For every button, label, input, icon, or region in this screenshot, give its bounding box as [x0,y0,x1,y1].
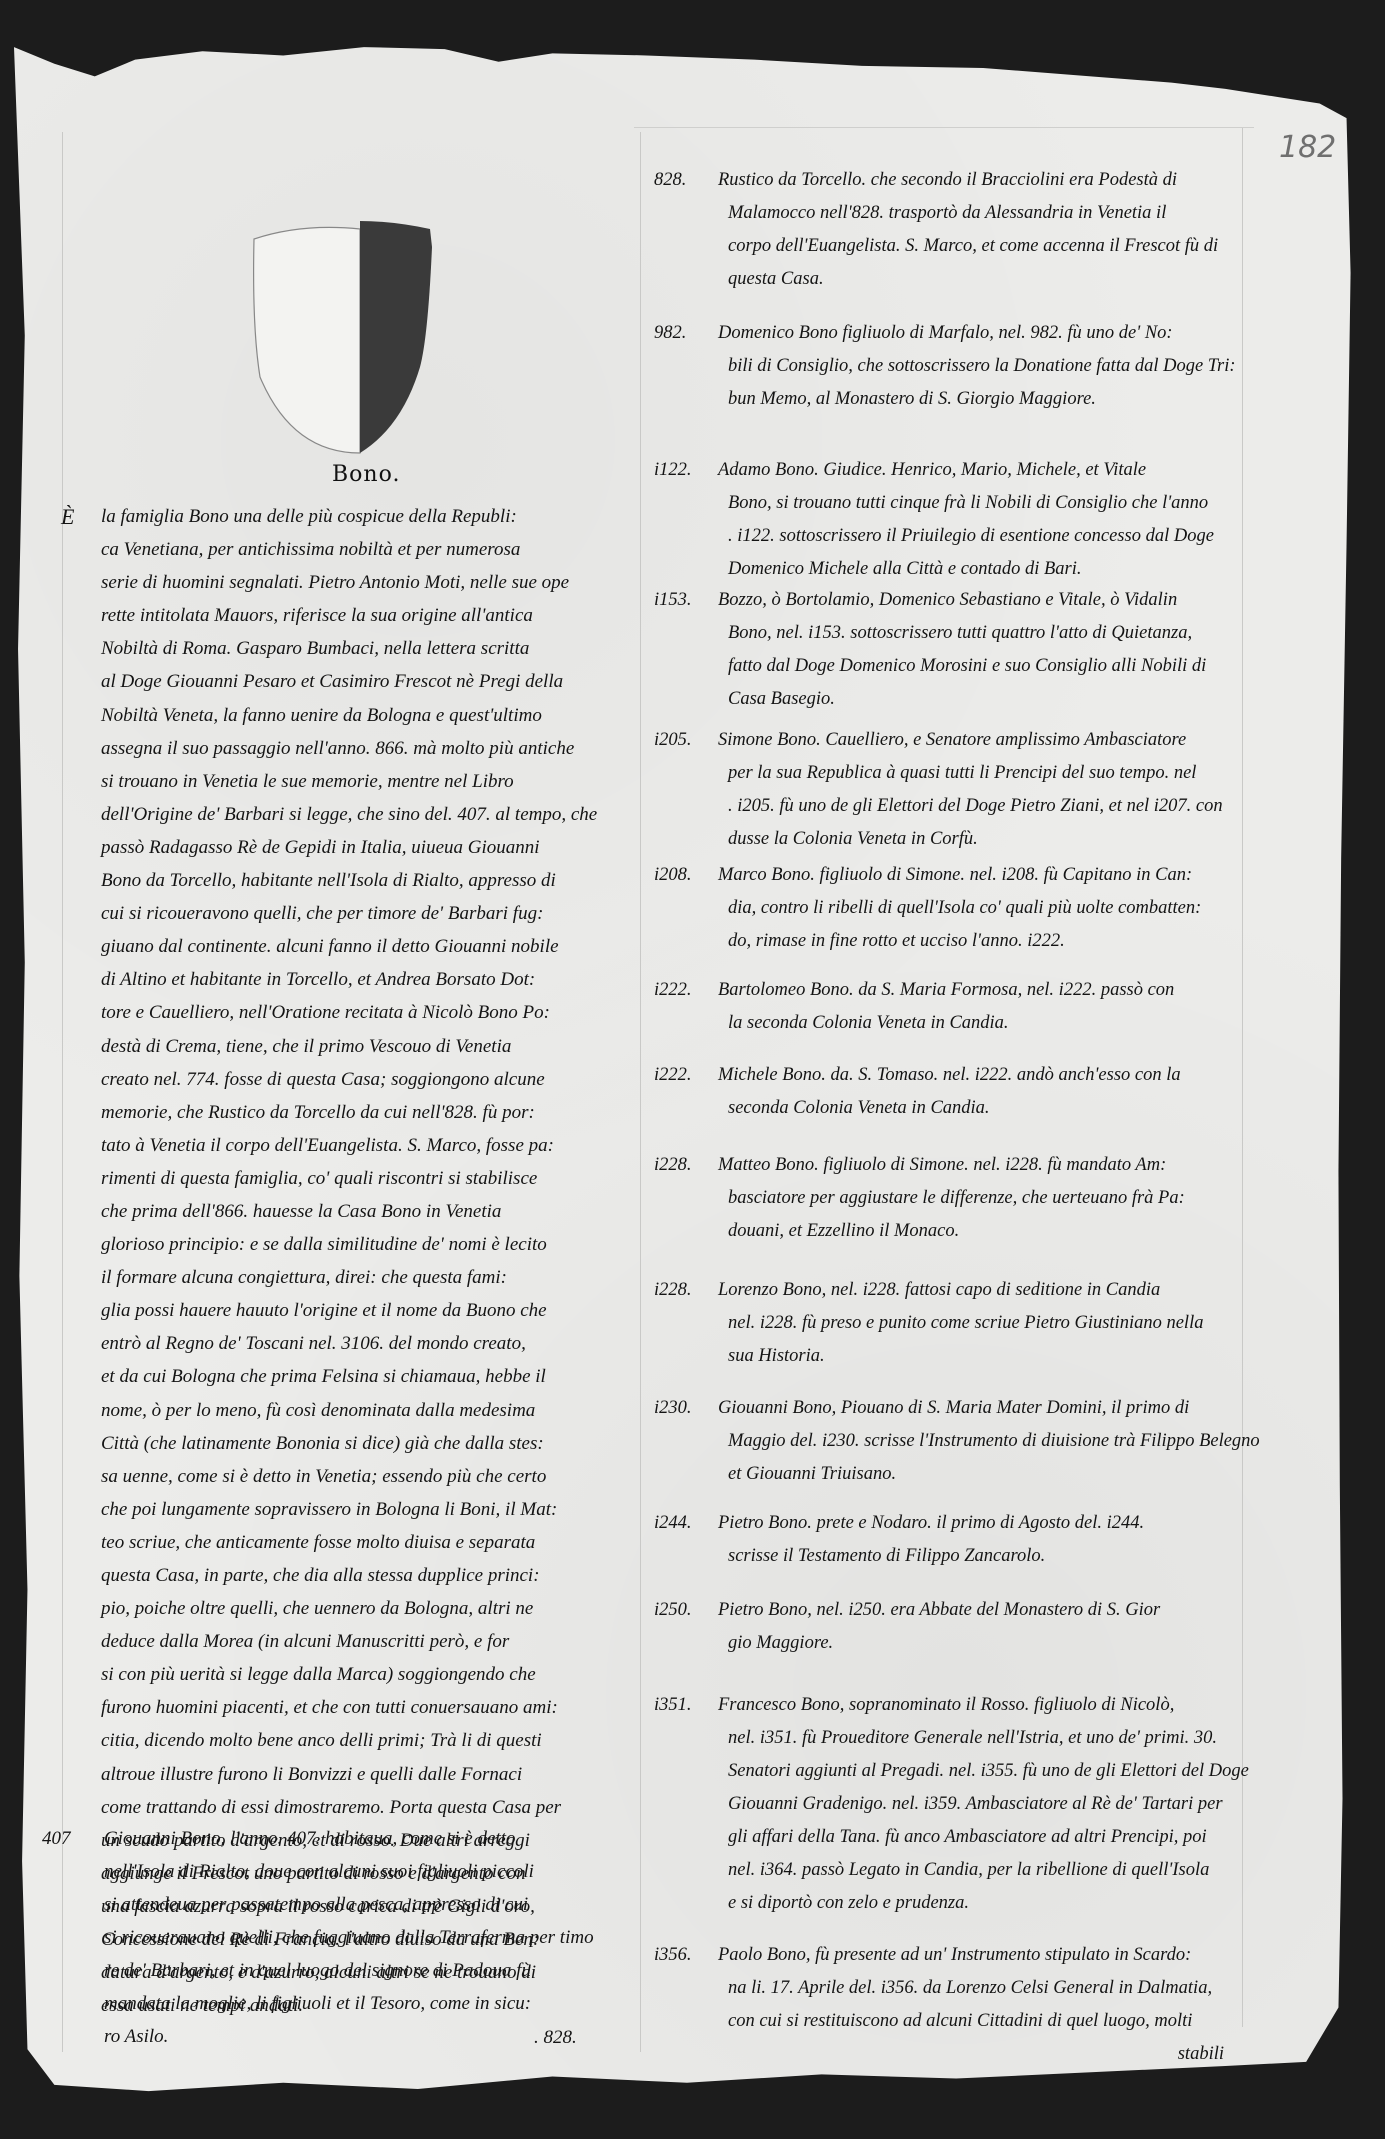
manuscript-line: bun Memo, al Monastero di S. Giorgio Mag… [654,383,1344,416]
manuscript-line: et Giouanni Triuisano. [654,1458,1344,1491]
manuscript-line: Simone Bono. Cauelliero, e Senatore ampl… [654,724,1344,757]
manuscript-line: questa Casa, in parte, che dia alla stes… [69,1559,629,1592]
manuscript-line: douani, et Ezzellino il Monaco. [654,1215,1344,1248]
folio-number: 182 [1279,130,1336,165]
family-name-heading: Bono. [332,462,400,487]
manuscript-line: glia possi hauere hauuto l'origine et il… [69,1294,629,1327]
entry-year: i230. [654,1392,714,1425]
family-member-entry: i208.Marco Bono. figliuolo di Simone. ne… [654,859,1344,958]
family-member-entry: i205.Simone Bono. Cauelliero, e Senatore… [654,724,1344,856]
manuscript-page: PTh 182 Bono. È la famiglia Bono una del… [14,22,1360,2112]
entry-year: 407 [42,1822,71,1855]
manuscript-line: nel. i364. passò Legato in Candia, per l… [654,1854,1344,1887]
manuscript-line: Paolo Bono, fù presente ad un' Instrumen… [654,1939,1344,1972]
manuscript-line: sa uenne, come si è detto in Venetia; es… [69,1460,629,1493]
family-member-entry: i153.Bozzo, ò Bortolamio, Domenico Sebas… [654,584,1344,716]
column-divider-rule [640,132,641,2052]
manuscript-line: con cui si restituiscono ad alcuni Citta… [654,2005,1344,2038]
manuscript-line: si attendeua per passatempo alla pesca, … [42,1888,642,1921]
family-member-entry: 982.Domenico Bono figliuolo di Marfalo, … [654,317,1344,416]
manuscript-line: rette intitolata Mauors, riferisce la su… [69,599,629,632]
manuscript-line: giuano dal continente. alcuni fanno il d… [69,930,629,963]
entry-year: i208. [654,859,714,892]
manuscript-line: tore e Cauelliero, nell'Oratione recitat… [69,996,629,1029]
manuscript-line: rimenti di questa famiglia, co' quali ri… [69,1162,629,1195]
manuscript-line: deduce dalla Morea (in alcuni Manuscritt… [69,1625,629,1658]
entry-year: i228. [654,1274,714,1307]
manuscript-line: . i205. fù uno de gli Elettori del Doge … [654,790,1344,823]
manuscript-line: Giouanni Bono, Piouano di S. Maria Mater… [654,1392,1344,1425]
entry-year: i205. [654,724,714,757]
manuscript-line: Pietro Bono. prete e Nodaro. il primo di… [654,1507,1344,1540]
manuscript-line: cui si ricoueravono quelli, che per timo… [69,897,629,930]
manuscript-line: teo scriue, che anticamente fosse molto … [69,1526,629,1559]
manuscript-line: Domenico Bono figliuolo di Marfalo, nel.… [654,317,1344,350]
manuscript-line: Bono, nel. i153. sottoscrissero tutti qu… [654,617,1344,650]
coat-of-arms-shield-icon [252,217,462,457]
manuscript-line: per la sua Republica à quasi tutti li Pr… [654,757,1344,790]
manuscript-line: Maggio del. i230. scrisse l'Instrumento … [654,1425,1344,1458]
manuscript-line: tato à Venetia il corpo dell'Euangelista… [69,1129,629,1162]
manuscript-line: furono huomini piacenti, et che con tutt… [69,1691,629,1724]
manuscript-line: assegna il suo passaggio nell'anno. 866.… [69,732,629,765]
manuscript-line: Domenico Michele alla Città e contado di… [654,553,1344,586]
family-member-entry: i356.Paolo Bono, fù presente ad un' Inst… [654,1939,1344,2071]
entry-year: i153. [654,584,714,617]
margin-rule-left [62,132,63,2052]
manuscript-line: nel. i228. fù preso e punito come scriue… [654,1307,1344,1340]
manuscript-line: citia, dicendo molto bene anco delli pri… [69,1724,629,1757]
entry-year: i244. [654,1507,714,1540]
manuscript-line: Pietro Bono, nel. i250. era Abbate del M… [654,1594,1344,1627]
manuscript-line: entrò al Regno de' Toscani nel. 3106. de… [69,1327,629,1360]
manuscript-line: Giouanni Gradenigo. nel. i359. Ambasciat… [654,1788,1344,1821]
manuscript-line: et da cui Bologna che prima Felsina si c… [69,1360,629,1393]
manuscript-line: Michele Bono. da. S. Tomaso. nel. i222. … [654,1059,1344,1092]
manuscript-line: Marco Bono. figliuolo di Simone. nel. i2… [654,859,1344,892]
manuscript-line: basciatore per aggiustare le differenze,… [654,1182,1344,1215]
family-member-entry: i250.Pietro Bono, nel. i250. era Abbate … [654,1594,1344,1660]
manuscript-line: questa Casa. [654,263,1344,296]
manuscript-line: e si diportò con zelo e prudenza. [654,1887,1344,1920]
entry-year: i250. [654,1594,714,1627]
manuscript-line: altroue illustre furono li Bonvizzi e qu… [69,1758,629,1791]
manuscript-line: ca Venetiana, per antichissima nobiltà e… [69,533,629,566]
manuscript-line: Rustico da Torcello. che secondo il Brac… [654,164,1344,197]
manuscript-line: corpo dell'Euangelista. S. Marco, et com… [654,230,1344,263]
manuscript-line: che prima dell'866. hauesse la Casa Bono… [69,1195,629,1228]
manuscript-line: seconda Colonia Veneta in Candia. [654,1092,1344,1125]
manuscript-line: si con più uerità si legge dalla Marca) … [69,1658,629,1691]
family-member-entry: i122.Adamo Bono. Giudice. Henrico, Mario… [654,454,1344,586]
family-member-entry: i244.Pietro Bono. prete e Nodaro. il pri… [654,1507,1344,1573]
manuscript-line: Francesco Bono, sopranominato il Rosso. … [654,1689,1344,1722]
entry-year: i228. [654,1149,714,1182]
manuscript-line: Città (che latinamente Bononia si dice) … [69,1427,629,1460]
manuscript-line: sua Historia. [654,1340,1344,1373]
manuscript-line: Nobiltà Veneta, la fanno uenire da Bolog… [69,699,629,732]
manuscript-line: Matteo Bono. figliuolo di Simone. nel. i… [654,1149,1344,1182]
manuscript-line: come trattando di essi dimostraremo. Por… [69,1791,629,1824]
family-member-entry: i228.Matteo Bono. figliuolo di Simone. n… [654,1149,1344,1248]
entry-year: i351. [654,1689,714,1722]
entry-year: i222. [654,974,714,1007]
manuscript-line: serie di huomini segnalati. Pietro Anton… [69,566,629,599]
manuscript-line: memorie, che Rustico da Torcello da cui … [69,1096,629,1129]
family-member-entry: i222.Michele Bono. da. S. Tomaso. nel. i… [654,1059,1344,1125]
manuscript-line: il formare alcuna congiettura, direi: ch… [69,1261,629,1294]
entry-year: 828. [654,164,714,197]
manuscript-line: si ricouerauano quelli, che fuggiuano da… [42,1921,642,1954]
catchword: stabili [654,2038,1344,2071]
manuscript-line: Bozzo, ò Bortolamio, Domenico Sebastiano… [654,584,1344,617]
manuscript-line: Giouanni Bono, l'anno. 407. habitaua, co… [42,1822,642,1855]
family-member-entry: 828.Rustico da Torcello. che secondo il … [654,164,1344,296]
entry-year: 982. [654,317,714,350]
manuscript-line: nome, ò per lo meno, fù così denominata … [69,1394,629,1427]
manuscript-line: la famiglia Bono una delle più cospicue … [69,500,629,533]
manuscript-line: fatto dal Doge Domenico Morosini e suo C… [654,650,1344,683]
manuscript-line: Senatori aggiunti al Pregadi. nel. i355.… [654,1755,1344,1788]
corner-archive-mark: PTh [34,22,64,40]
manuscript-line: dell'Origine de' Barbari si legge, che s… [69,798,629,831]
drop-initial: È [61,500,74,533]
manuscript-line: pio, poiche oltre quelli, che uennero da… [69,1592,629,1625]
manuscript-line: destà di Crema, tiene, che il primo Vesc… [69,1030,629,1063]
manuscript-line: glorioso principio: e se dalla similitud… [69,1228,629,1261]
manuscript-line: do, rimase in fine rotto et ucciso l'ann… [654,925,1344,958]
manuscript-line: Lorenzo Bono, nel. i228. fattosi capo di… [654,1274,1344,1307]
family-member-entry: i230.Giouanni Bono, Piouano di S. Maria … [654,1392,1344,1491]
manuscript-line: si trouano in Venetia le sue memorie, me… [69,765,629,798]
manuscript-line: dia, contro li ribelli di quell'Isola co… [654,892,1344,925]
manuscript-line: Bartolomeo Bono. da S. Maria Formosa, ne… [654,974,1344,1007]
manuscript-line: Nobiltà di Roma. Gasparo Bumbaci, nella … [69,632,629,665]
manuscript-line: mandata la moglie, li figliuoli et il Te… [42,1987,642,2020]
manuscript-line: . i122. sottoscrissero il Priuilegio di … [654,520,1344,553]
manuscript-line: la seconda Colonia Veneta in Candia. [654,1007,1344,1040]
manuscript-line: re de' Barbari, et in quel luogo del sig… [42,1954,642,1987]
manuscript-line: gio Maggiore. [654,1627,1344,1660]
bottom-reference-number: . 828. [534,2027,577,2049]
family-member-entry: i228.Lorenzo Bono, nel. i228. fattosi ca… [654,1274,1344,1373]
manuscript-line: Malamocco nell'828. trasportò da Alessan… [654,197,1344,230]
manuscript-line: di Altino et habitante in Torcello, et A… [69,963,629,996]
family-member-entry: i351.Francesco Bono, sopranominato il Ro… [654,1689,1344,1920]
entry-year: i122. [654,454,714,487]
manuscript-line: nel. i351. fù Proueditore Generale nell'… [654,1722,1344,1755]
manuscript-line: che poi lungamente sopravissero in Bolog… [69,1493,629,1526]
entry-year: i222. [654,1059,714,1092]
manuscript-line: al Doge Giouanni Pesaro et Casimiro Fres… [69,665,629,698]
family-member-entry: i222.Bartolomeo Bono. da S. Maria Formos… [654,974,1344,1040]
manuscript-line: dusse la Colonia Veneta in Corfù. [654,823,1344,856]
manuscript-line: creato nel. 774. fosse di questa Casa; s… [69,1063,629,1096]
manuscript-line: passò Radagasso Rè de Gepidi in Italia, … [69,831,629,864]
manuscript-line: Bono, si trouano tutti cinque frà li Nob… [654,487,1344,520]
family-introduction-text: È la famiglia Bono una delle più cospicu… [69,500,629,2022]
manuscript-line: Adamo Bono. Giudice. Henrico, Mario, Mic… [654,454,1344,487]
manuscript-line: bili di Consiglio, che sottoscrissero la… [654,350,1344,383]
entry-year: i356. [654,1939,714,1972]
manuscript-line: na li. 17. Aprile del. i356. da Lorenzo … [654,1972,1344,2005]
manuscript-line: Bono da Torcello, habitante nell'Isola d… [69,864,629,897]
manuscript-line: scrisse il Testamento di Filippo Zancaro… [654,1540,1344,1573]
manuscript-line: Casa Basegio. [654,683,1344,716]
manuscript-line: nell'Isola di Rialto, doue con alcuni su… [42,1855,642,1888]
giovanni-bono-entry: 407 Giouanni Bono, l'anno. 407. habitaua… [42,1822,642,2053]
manuscript-line: gli affari della Tana. fù anco Ambasciat… [654,1821,1344,1854]
top-rule [634,127,1254,128]
